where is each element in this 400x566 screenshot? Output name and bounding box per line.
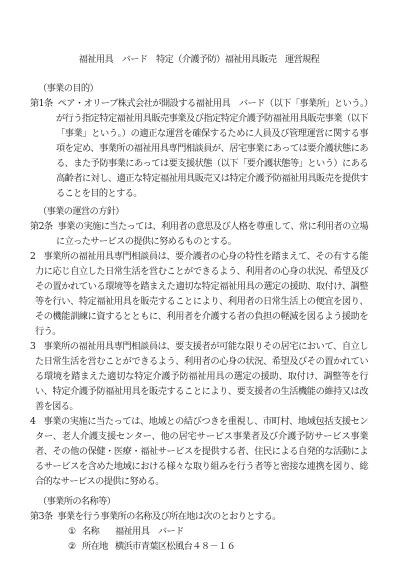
item-2-number: ② [68, 539, 82, 554]
article-3: 第3条事業を行う事業所の名称及び所在地は次のとおりとする。 [30, 509, 368, 524]
clause-2-text: 事業所の福祉用具専門相談員は、要介護者の心身の特性を踏まえて、その有する能力に応… [35, 251, 368, 337]
section-heading-policy: （事業の運営の方針） [38, 204, 368, 219]
item-1-value: 福祉用具 バード [115, 524, 368, 539]
item-1-label: 名称 [82, 524, 115, 539]
section-office-name: （事業所の名称等） 第3条事業を行う事業所の名称及び所在地は次のとおりとする。 … [30, 494, 368, 554]
article-3-label: 第3条 [30, 511, 52, 522]
item-2-label: 所在地 [82, 539, 115, 554]
section-heading-purpose: （事業の目的） [38, 81, 368, 96]
article-2-label: 第2条 [30, 221, 53, 232]
item-1-number: ① [68, 524, 82, 539]
clause-4-number: 4 [30, 416, 35, 427]
office-address-item: ② 所在地 横浜市青葉区松風台４８－１６ [68, 539, 368, 554]
section-heading-office-name: （事業所の名称等） [38, 494, 368, 509]
article-2-text: 事業の実施に当たっては、利用者の意思及び人格を尊重して、常に利用者の立場に立った… [56, 221, 368, 247]
article-2-clause-4: 4事業の実施に当たっては、地域との結びつきを重視し、市町村、地域包括支援センター… [30, 414, 368, 489]
item-2-value: 横浜市青葉区松風台４８－１６ [115, 539, 368, 554]
article-2-clause-3: 3事業所の福祉用具専門相談員は、要支援者が可能な限りその居宅において、自立した日… [30, 339, 368, 414]
article-1-label: 第1条 [30, 98, 53, 109]
article-1: 第1条ペア・オリーブ株式会社が開設する福祉用具 バード（以下「事業所」という。）… [30, 96, 368, 201]
clause-3-number: 3 [30, 341, 35, 352]
office-name-item: ① 名称 福祉用具 バード [68, 524, 368, 539]
article-1-text: ペア・オリーブ株式会社が開設する福祉用具 バード（以下「事業所」という。）が行う… [56, 98, 368, 199]
clause-3-text: 事業所の福祉用具専門相談員は、要支援者が可能な限りその居宅において、自立した日常… [35, 341, 368, 412]
document-title: 福祉用具 バード 特定（介護予防）福祉用具販売 運営規程 [30, 52, 368, 67]
section-policy: （事業の運営の方針） 第2条事業の実施に当たっては、利用者の意思及び人格を尊重し… [30, 204, 368, 489]
section-purpose: （事業の目的） 第1条ペア・オリーブ株式会社が開設する福祉用具 バード（以下「事… [30, 81, 368, 201]
clause-4-text: 事業の実施に当たっては、地域との結びつきを重視し、市町村、地域包括支援センター、… [35, 416, 368, 487]
clause-2-number: 2 [30, 251, 35, 262]
article-3-text: 事業を行う事業所の名称及び所在地は次のとおりとする。 [57, 511, 280, 522]
article-2-clause-2: 2事業所の福祉用具専門相談員は、要介護者の心身の特性を踏まえて、その有する能力に… [30, 249, 368, 339]
article-2: 第2条事業の実施に当たっては、利用者の意思及び人格を尊重して、常に利用者の立場に… [30, 219, 368, 249]
document-page: 福祉用具 バード 特定（介護予防）福祉用具販売 運営規程 （事業の目的） 第1条… [0, 0, 400, 566]
